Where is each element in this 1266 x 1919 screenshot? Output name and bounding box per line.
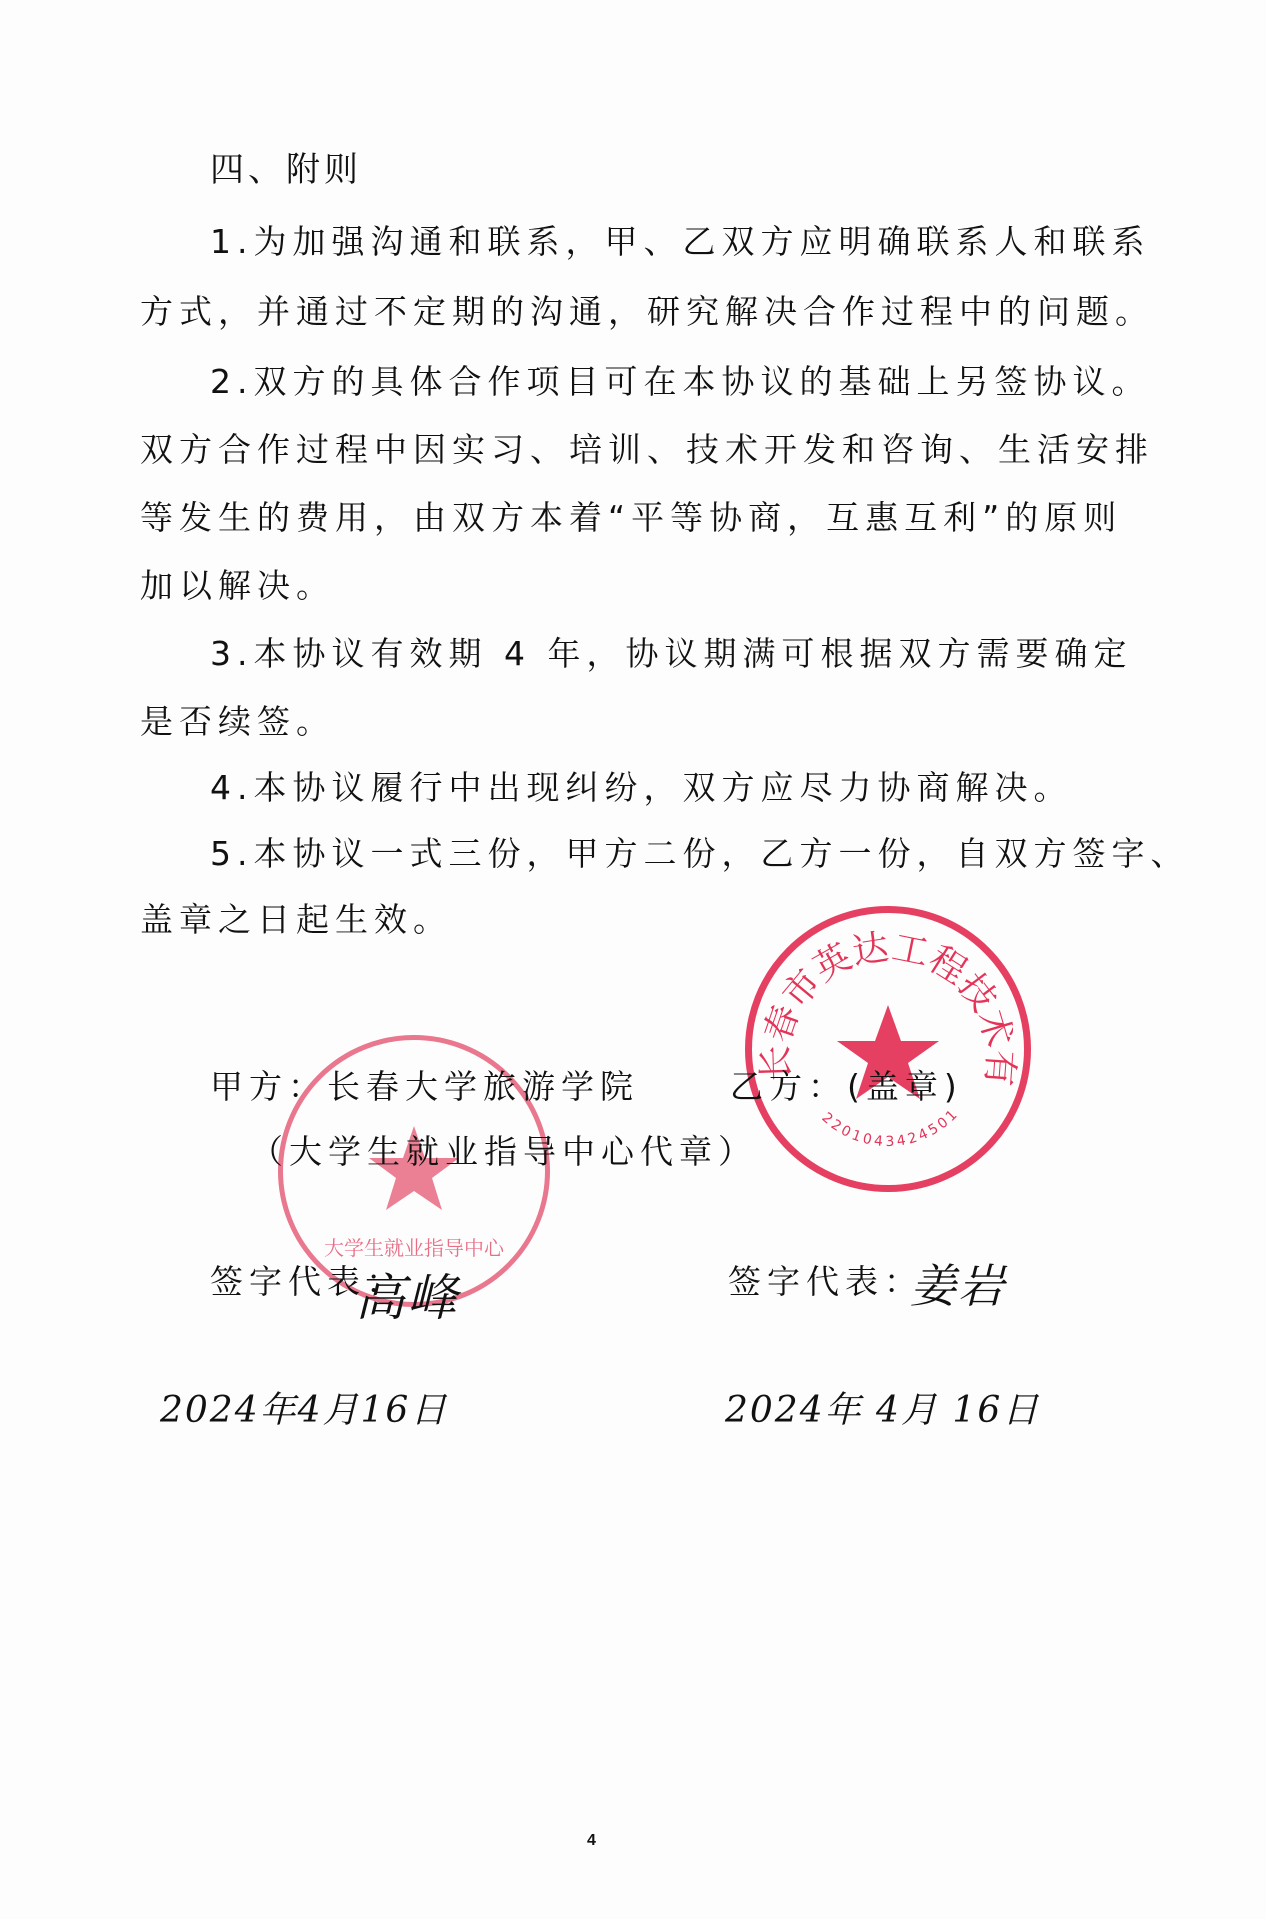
paragraph-2-line-4: 加以解决。 <box>140 566 335 606</box>
paragraph-3-line-2: 是否续签。 <box>140 702 335 742</box>
page-number: 4 <box>587 1832 596 1850</box>
paragraph-4-line-1: 4.本协议履行中出现纠纷，双方应尽力协商解决。 <box>210 768 1073 808</box>
paragraph-3-line-1: 3.本协议有效期 4 年，协议期满可根据双方需要确定 <box>210 634 1132 674</box>
svg-text:大学生就业指导中心: 大学生就业指导中心 <box>324 1236 505 1260</box>
paragraph-1-line-1: 1.为加强沟通和联系，甲、乙双方应明确联系人和联系 <box>210 222 1151 262</box>
party-a-signature: 高峰 <box>355 1258 459 1330</box>
party-a-sublabel: （大学生就业指导中心代章） <box>250 1132 757 1172</box>
party-b-date: 2024年 4月 16日 <box>725 1382 1040 1433</box>
document-page: 四、附则 1.为加强沟通和联系，甲、乙双方应明确联系人和联系 方式，并通过不定期… <box>0 0 1266 1919</box>
party-a-date: 2024年4月16日 <box>160 1382 448 1433</box>
party-b-signature: 姜岩 <box>910 1250 1006 1316</box>
party-b-label: 乙方：(盖章) <box>730 1067 963 1107</box>
party-b-seal: 长春市英达工程技术有限公司 2201043424501 <box>745 906 1031 1192</box>
paragraph-1-line-2: 方式，并通过不定期的沟通，研究解决合作过程中的问题。 <box>140 292 1154 332</box>
party-a-label: 甲方：长春大学旅游学院 <box>210 1067 639 1107</box>
paragraph-2-line-3: 等发生的费用，由双方本着“平等协商，互惠互利”的原则 <box>140 498 1122 538</box>
paragraph-5-line-1: 5.本协议一式三份，甲方二份，乙方一份，自双方签字、 <box>210 834 1190 874</box>
paragraph-2-line-2: 双方合作过程中因实习、培训、技术开发和咨询、生活安排 <box>140 430 1154 470</box>
paragraph-2-line-1: 2.双方的具体合作项目可在本协议的基础上另签协议。 <box>210 362 1151 402</box>
paragraph-5-line-2: 盖章之日起生效。 <box>140 900 452 940</box>
section-heading: 四、附则 <box>210 150 362 190</box>
party-b-sign-label: 签字代表： <box>728 1262 923 1302</box>
svg-text:2201043424501: 2201043424501 <box>819 1105 963 1150</box>
